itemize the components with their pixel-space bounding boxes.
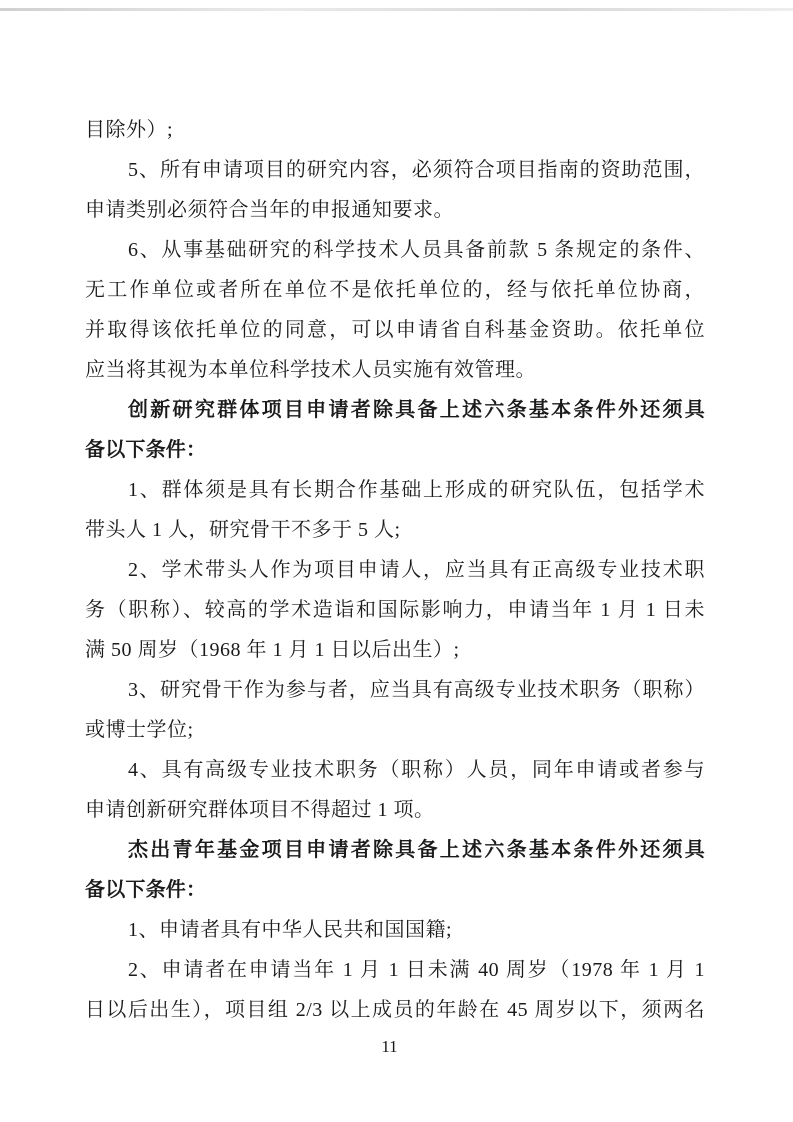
text-line: 满 50 周岁（1968 年 1 月 1 日以后出生）; [85, 630, 705, 670]
text-line: 或博士学位; [85, 710, 705, 750]
text-line: 2、申请者在申请当年 1 月 1 日未满 40 周岁（1978 年 1 月 1 [85, 950, 705, 990]
text-line: 1、申请者具有中华人民共和国国籍; [85, 910, 705, 950]
scan-artifact-line [0, 8, 793, 11]
text-line: 日以后出生），项目组 2/3 以上成员的年龄在 45 周岁以下，须两名 [85, 990, 705, 1030]
text-line: 务（职称）、较高的学术造诣和国际影响力，申请当年 1 月 1 日未 [85, 590, 705, 630]
text-line: 无工作单位或者所在单位不是依托单位的，经与依托单位协商， [85, 270, 705, 310]
text-line: 应当将其视为本单位科学技术人员实施有效管理。 [85, 350, 705, 390]
document-text-block: 目除外）; 5、所有申请项目的研究内容，必须符合项目指南的资助范围， 申请类别必… [85, 110, 705, 1030]
text-line: 6、从事基础研究的科学技术人员具备前款 5 条规定的条件、 [85, 230, 705, 270]
document-page: 目除外）; 5、所有申请项目的研究内容，必须符合项目指南的资助范围， 申请类别必… [0, 0, 793, 1122]
text-line: 5、所有申请项目的研究内容，必须符合项目指南的资助范围， [85, 150, 705, 190]
section-heading-line: 创新研究群体项目申请者除具备上述六条基本条件外还须具 [85, 390, 705, 430]
text-line: 申请创新研究群体项目不得超过 1 项。 [85, 790, 705, 830]
page-number: 11 [0, 1036, 786, 1058]
text-line: 4、具有高级专业技术职务（职称）人员，同年申请或者参与 [85, 750, 705, 790]
section-heading-line: 备以下条件： [85, 870, 705, 910]
section-heading-line: 杰出青年基金项目申请者除具备上述六条基本条件外还须具 [85, 830, 705, 870]
section-heading-line: 备以下条件： [85, 430, 705, 470]
text-line: 带头人 1 人，研究骨干不多于 5 人; [85, 510, 705, 550]
text-line: 3、研究骨干作为参与者，应当具有高级专业技术职务（职称） [85, 670, 705, 710]
text-line: 申请类别必须符合当年的申报通知要求。 [85, 190, 705, 230]
text-line: 并取得该依托单位的同意，可以申请省自科基金资助。依托单位 [85, 310, 705, 350]
text-line: 2、学术带头人作为项目申请人，应当具有正高级专业技术职 [85, 550, 705, 590]
text-line: 1、群体须是具有长期合作基础上形成的研究队伍，包括学术 [85, 470, 705, 510]
text-line: 目除外）; [85, 110, 705, 150]
